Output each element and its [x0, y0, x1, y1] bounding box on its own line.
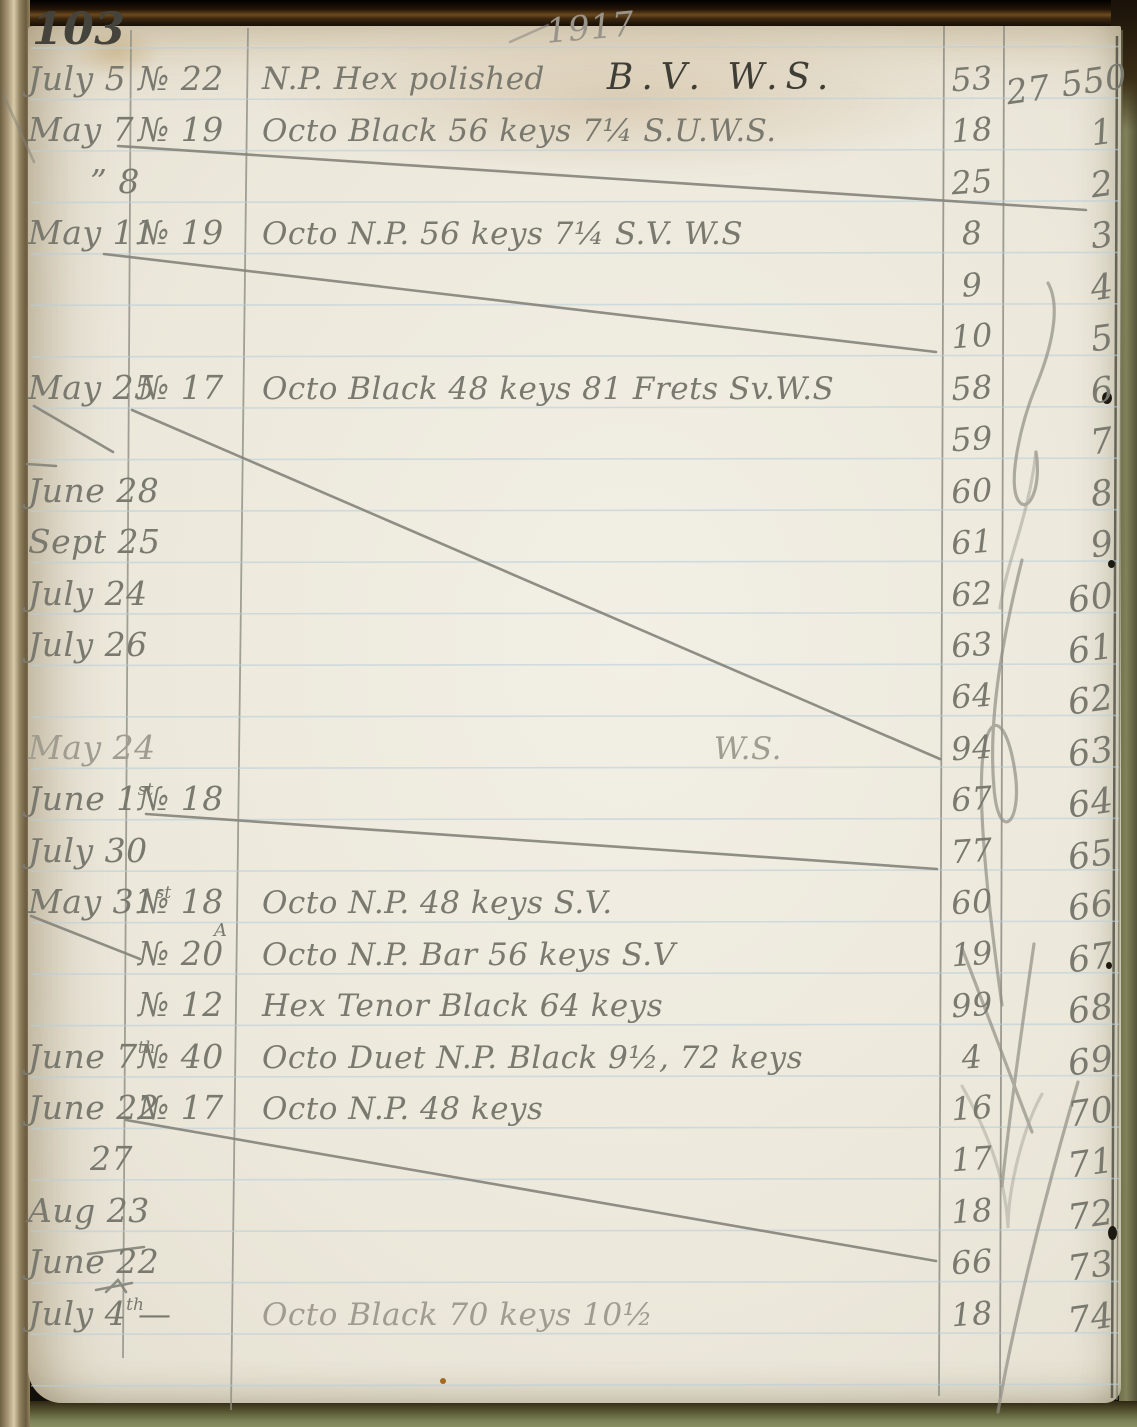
- date-cell: June 22: [28, 1088, 140, 1127]
- date-cell: July 30: [28, 831, 140, 870]
- description-cell: Octo N.P. Bar 56 keys S.V: [262, 937, 938, 973]
- model-no-cell: № 40: [138, 1037, 256, 1076]
- ledger-row: June 7th№ 40Octo Duet N.P. Black 9½, 72 …: [0, 1026, 1137, 1078]
- qty-cell: 10: [945, 315, 1000, 357]
- ledger-row: May 24W.S.9463: [0, 717, 1137, 769]
- qty-cell: 67: [945, 779, 1000, 821]
- date-cell: June 1st: [28, 779, 140, 818]
- model-no-cell: № 17: [138, 1088, 256, 1127]
- date-cell: Aug 23: [28, 1191, 140, 1230]
- date-cell: 27: [28, 1139, 202, 1178]
- qty-cell: 8: [945, 213, 1000, 255]
- ledger-row: Sept 25619: [0, 511, 1137, 563]
- ledger-row: June 22№ 17Octo N.P. 48 keys1670: [0, 1077, 1137, 1129]
- description-cell: Octo N.P. 56 keys 7¼ S.V. W.S: [262, 216, 938, 252]
- ledger-row: 6462: [0, 665, 1137, 717]
- ledger-row: June 28608: [0, 460, 1137, 512]
- description-cell: Octo Black 56 keys 7¼ S.U.W.S.: [262, 113, 938, 149]
- ledger-rows: July 5№ 22N.P. Hex polishedB.V. W.S.5327…: [0, 0, 1137, 1427]
- qty-cell: 62: [945, 573, 1000, 615]
- date-cell: June 28: [28, 471, 140, 510]
- model-no-superscript: A: [214, 920, 228, 941]
- ledger-row: Aug 231872: [0, 1180, 1137, 1232]
- qty-cell: 64: [945, 676, 1000, 718]
- qty-cell: 17: [945, 1139, 1000, 1181]
- ledger-row: 271771: [0, 1128, 1137, 1180]
- ledger-row: 94: [0, 254, 1137, 306]
- qty-cell: 18: [945, 110, 1000, 152]
- ledger-photo: 103 1917 July 5№ 22N.P. Hex polishedB.V.…: [0, 0, 1137, 1427]
- model-no-cell: № 18: [138, 779, 256, 818]
- date-cell: July 4th: [28, 1294, 140, 1333]
- date-cell: May 31st: [28, 882, 140, 921]
- ledger-row: May 25№ 17Octo Black 48 keys 81 Frets Sv…: [0, 357, 1137, 409]
- qty-cell: 53: [945, 58, 1000, 100]
- description-cell: W.S.: [262, 731, 782, 767]
- model-no-cell: № 22: [138, 59, 256, 98]
- serial-cell: 74: [1002, 1293, 1132, 1350]
- date-cell: May 11: [28, 213, 140, 252]
- date-cell: Sept 25: [28, 522, 140, 561]
- qty-cell: 61: [945, 521, 1000, 563]
- ledger-row: 105: [0, 305, 1137, 357]
- ledger-row: May 31st№ 18Octo N.P. 48 keys S.V.6066: [0, 871, 1137, 923]
- qty-cell: 99: [945, 984, 1000, 1026]
- ledger-row: May 7№ 19Octo Black 56 keys 7¼ S.U.W.S.1…: [0, 99, 1137, 151]
- description-emphasis: B.V. W.S.: [607, 57, 836, 98]
- description-cell: Octo Duet N.P. Black 9½, 72 keys: [262, 1040, 938, 1076]
- description-cell: Octo Black 48 keys 81 Frets Sv.W.S: [262, 371, 938, 407]
- qty-cell: 18: [945, 1293, 1000, 1335]
- model-no-cell: № 19: [138, 213, 256, 252]
- qty-cell: 19: [945, 933, 1000, 975]
- qty-cell: 25: [945, 161, 1000, 203]
- ledger-row: May 11№ 19Octo N.P. 56 keys 7¼ S.V. W.S8…: [0, 202, 1137, 254]
- qty-cell: 16: [945, 1087, 1000, 1129]
- qty-cell: 94: [945, 727, 1000, 769]
- qty-cell: 77: [945, 830, 1000, 872]
- qty-cell: 60: [945, 470, 1000, 512]
- model-no-cell: —: [138, 1294, 256, 1333]
- description-cell: Octo N.P. 48 keys: [262, 1091, 938, 1127]
- ledger-row: June 226673: [0, 1231, 1137, 1283]
- model-no-cell: № 17: [138, 368, 256, 407]
- qty-cell: 63: [945, 624, 1000, 666]
- ledger-row: June 1st№ 186764: [0, 768, 1137, 820]
- ledger-row: July 4th—Octo Black 70 keys 10½1874: [0, 1283, 1137, 1335]
- qty-cell: 58: [945, 367, 1000, 409]
- qty-cell: 66: [945, 1242, 1000, 1284]
- model-no-cell: № 20A: [138, 934, 256, 973]
- date-cell: July 24: [28, 574, 140, 613]
- ledger-row: № 12Hex Tenor Black 64 keys9968: [0, 974, 1137, 1026]
- description-cell: Hex Tenor Black 64 keys: [262, 988, 938, 1024]
- ledger-row: July 246260: [0, 563, 1137, 615]
- description-cell: N.P. Hex polishedB.V. W.S.: [262, 57, 938, 98]
- date-cell: May 24: [28, 728, 140, 767]
- model-no-cell: № 12: [138, 985, 256, 1024]
- qty-cell: 9: [945, 264, 1000, 306]
- date-cell: July 26: [28, 625, 140, 664]
- description-cell: Octo N.P. 48 keys S.V.: [262, 885, 938, 921]
- ledger-row: 597: [0, 408, 1137, 460]
- date-cell: June 7th: [28, 1037, 140, 1076]
- date-cell: May 7: [28, 110, 140, 149]
- ledger-row: July 5№ 22N.P. Hex polishedB.V. W.S.5327…: [0, 48, 1137, 100]
- description-cell: Octo Black 70 keys 10½: [262, 1297, 938, 1333]
- date-cell: July 5: [28, 59, 140, 98]
- date-cell: ” 8: [28, 162, 202, 201]
- model-no-cell: № 18: [138, 882, 256, 921]
- ledger-row: July 307765: [0, 820, 1137, 872]
- qty-cell: 18: [945, 1190, 1000, 1232]
- ledger-row: № 20AOcto N.P. Bar 56 keys S.V1967: [0, 923, 1137, 975]
- model-no-cell: № 19: [138, 110, 256, 149]
- date-cell: June 22: [28, 1242, 140, 1281]
- ledger-row: ” 8252: [0, 151, 1137, 203]
- date-cell: May 25: [28, 368, 140, 407]
- ledger-row: July 266361: [0, 614, 1137, 666]
- qty-cell: 59: [945, 418, 1000, 460]
- qty-cell: 60: [945, 881, 1000, 923]
- qty-cell: 4: [945, 1036, 1000, 1078]
